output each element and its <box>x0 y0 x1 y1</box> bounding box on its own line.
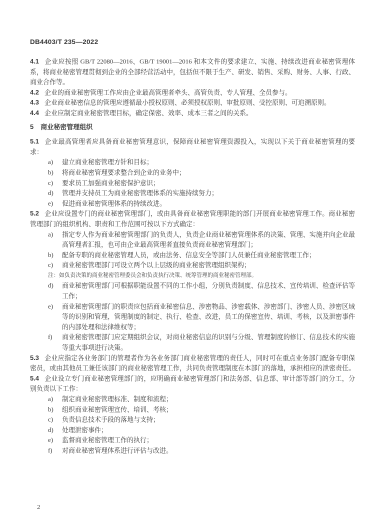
list-item-text: 建立商业秘密管理方针和目标； <box>62 157 355 167</box>
list-item-text: 对商业秘密管理体系进行评估与改进。 <box>62 445 355 455</box>
list-item-b: b)组织商业秘密管理宣传、培训、考核； <box>48 404 355 414</box>
clause-number: 5.4 <box>30 374 39 382</box>
clause-number: 5.3 <box>30 354 39 362</box>
clause-4-1: 4.1企业应按照 GB/T 22080—2016、GB/T 19001—2016… <box>30 57 355 88</box>
list-item-d: d)处理泄密事件； <box>48 425 355 435</box>
clause-4-4: 4.4企业应制定商业秘密管理目标，确定保密、效率、成本三者之间的关系。 <box>30 108 355 118</box>
list-item-a: a)制定商业秘密管理标准、制度和流程； <box>48 394 355 404</box>
list-item-label: d) <box>48 188 62 198</box>
list-item-e: e)商业秘密管理部门的职责应包括商业秘密信息、涉密物品、涉密载体、涉密部门、涉密… <box>48 301 355 332</box>
list-item-e: e)监督商业秘密管理工作的执行； <box>48 435 355 445</box>
clause-number: 5.1 <box>30 138 39 146</box>
list-item-label: a) <box>48 157 62 167</box>
page-number: 2 <box>37 503 40 511</box>
list-item-e: e)促进商业秘密管理体系的持续改进。 <box>48 198 355 208</box>
clause-number: 5.2 <box>30 210 39 218</box>
list-item-label: f) <box>48 332 62 353</box>
list-item-text: 商业秘密管理部门的职责应包括商业秘密信息、涉密物品、涉密载体、涉密部门、涉密人员… <box>62 301 355 332</box>
list-item-b: b)将商业秘密管理要求整合到企业的业务中； <box>48 167 355 177</box>
list-item-label: b) <box>48 250 62 260</box>
list-item-d: d)商业秘密管理部门可根据职能设置不同的工作小组，分别负责制度、信息技术、宣传培… <box>48 281 355 302</box>
clause-5-2: 5.2企业应设置专门的商业秘密管理部门，或由具备商业秘密管理职能的部门开展商业秘… <box>30 209 355 230</box>
list-item-a: a)建立商业秘密管理方针和目标； <box>48 157 355 167</box>
clause-text: 企业商业秘密信息的管理应遵循最小授权原则、必须授权原则、审批原则、受控原则、可追… <box>45 99 331 107</box>
list-item-label: b) <box>48 404 62 414</box>
list-item-c: c)负责信息技术手段的落地与支持； <box>48 415 355 425</box>
clause-number: 4.3 <box>30 99 39 107</box>
list-item-label: e) <box>48 435 62 445</box>
section-5-heading: 5商业秘密管理组织 <box>30 122 355 132</box>
list-item-label: c) <box>48 178 62 188</box>
clause-number: 4.4 <box>30 109 39 117</box>
list-item-f: f)对商业秘密管理体系进行评估与改进。 <box>48 445 355 455</box>
list-item-label: a) <box>48 394 62 404</box>
list-item-text: 商业秘密管理部门可设立两个以上层级的商业秘密管理组织架构； <box>62 260 355 270</box>
list-item-text: 制定商业秘密管理标准、制度和流程； <box>62 394 355 404</box>
list-item-b: b)配备专职的商业秘密管理人员，或由法务、信息安全等部门人员兼任商业秘密管理工作… <box>48 250 355 260</box>
list-item-c: c)要求员工加强商业秘密保护意识； <box>48 178 355 188</box>
clause-text: 企业最高管理者应具备商业秘密管理意识，保障商业秘密管理资源投入，实现以下关于商业… <box>30 138 355 156</box>
list-item-text: 配备专职的商业秘密管理人员，或由法务、信息安全等部门人员兼任商业秘密管理工作； <box>62 250 355 260</box>
page-content: 4.1企业应按照 GB/T 22080—2016、GB/T 19001—2016… <box>30 57 355 456</box>
list-item-f: f)商业秘密管理部门应定期组织会议，对商业秘密信息的识别与分级、管理制度的修订、… <box>48 332 355 353</box>
clause-number: 4.1 <box>30 58 39 66</box>
clause-5-4-list: a)制定商业秘密管理标准、制度和流程； b)组织商业秘密管理宣传、培训、考核； … <box>30 394 355 456</box>
note: 注：如负责决策的商业秘密管理委员会和负责执行决策、统筹管理的商业秘密管理部。 <box>30 270 355 280</box>
clause-text: 企业应制定商业秘密管理目标，确定保密、效率、成本三者之间的关系。 <box>45 109 253 117</box>
list-item-text: 促进商业秘密管理体系的持续改进。 <box>62 198 355 208</box>
list-item-text: 商业秘密管理部门可根据职能设置不同的工作小组，分别负责制度、信息技术、宣传培训、… <box>62 281 355 302</box>
clause-text: 企业应按照 GB/T 22080—2016、GB/T 19001—2016 和本… <box>30 58 355 86</box>
section-number: 5 <box>30 123 34 131</box>
list-item-text: 管理并支持员工为商业秘密管理体系的实施持续努力； <box>62 188 355 198</box>
list-item-text: 处理泄密事件； <box>62 425 355 435</box>
list-item-label: f) <box>48 445 62 455</box>
clause-4-2: 4.2企业的商业秘密管理工作应由企业最高管理者牵头、高管负责、专人管理、全员参与… <box>30 87 355 97</box>
clause-text: 企业应设置专门的商业秘密管理部门，或由具备商业秘密管理职能的部门开展商业秘密管理… <box>30 210 355 228</box>
list-item-text: 要求员工加强商业秘密保护意识； <box>62 178 355 188</box>
clause-text: 企业应指定各业务部门的管理者作为各业务部门商业秘密管理的责任人，同时可在重点业务… <box>30 354 355 372</box>
list-item-label: d) <box>48 425 62 435</box>
note-text: 如负责决策的商业秘密管理委员会和负责执行决策、统筹管理的商业秘密管理部。 <box>59 272 257 278</box>
list-item-text: 监督商业秘密管理工作的执行； <box>62 435 355 445</box>
list-item-label: c) <box>48 260 62 270</box>
document-page: DB4403/T 235—2022 4.1企业应按照 GB/T 22080—20… <box>0 0 383 532</box>
clause-5-1: 5.1企业最高管理者应具备商业秘密管理意识，保障商业秘密管理资源投入，实现以下关… <box>30 137 355 158</box>
clause-text: 企业的商业秘密管理工作应由企业最高管理者牵头、高管负责、专人管理、全员参与。 <box>45 88 292 96</box>
list-item-c: c)商业秘密管理部门可设立两个以上层级的商业秘密管理组织架构； <box>48 260 355 270</box>
list-item-text: 组织商业秘密管理宣传、培训、考核； <box>62 404 355 414</box>
clause-text: 企业设立专门商业秘密管理部门的，应明确商业秘密管理部门和法务部、信息部、审计部等… <box>30 374 355 392</box>
clause-5-1-list: a)建立商业秘密管理方针和目标； b)将商业秘密管理要求整合到企业的业务中； c… <box>30 157 355 208</box>
list-item-text: 负责信息技术手段的落地与支持； <box>62 415 355 425</box>
list-item-label: e) <box>48 301 62 332</box>
doc-number-header: DB4403/T 235—2022 <box>30 38 98 46</box>
section-title: 商业秘密管理组织 <box>41 123 93 131</box>
clause-5-4: 5.4企业设立专门商业秘密管理部门的，应明确商业秘密管理部门和法务部、信息部、审… <box>30 373 355 394</box>
list-item-label: e) <box>48 198 62 208</box>
list-item-text: 将商业秘密管理要求整合到企业的业务中； <box>62 167 355 177</box>
clause-5-2-list: a)指定专人作为商业秘密管理部门的负责人，负责企业商业秘密管理体系的决策、管理、… <box>30 229 355 270</box>
list-item-d: d)管理并支持员工为商业秘密管理体系的实施持续努力； <box>48 188 355 198</box>
list-item-text: 商业秘密管理部门应定期组织会议，对商业秘密信息的识别与分级、管理制度的修订、信息… <box>62 332 355 353</box>
list-item-label: a) <box>48 229 62 250</box>
list-item-label: c) <box>48 415 62 425</box>
list-item-a: a)指定专人作为商业秘密管理部门的负责人，负责企业商业秘密管理体系的决策、管理、… <box>48 229 355 250</box>
note-label: 注： <box>48 272 59 278</box>
list-item-text: 指定专人作为商业秘密管理部门的负责人，负责企业商业秘密管理体系的决策、管理、实施… <box>62 229 355 250</box>
clause-5-2-list-continued: d)商业秘密管理部门可根据职能设置不同的工作小组，分别负责制度、信息技术、宣传培… <box>30 281 355 353</box>
clause-5-3: 5.3企业应指定各业务部门的管理者作为各业务部门商业秘密管理的责任人，同时可在重… <box>30 353 355 374</box>
clause-4-3: 4.3企业商业秘密信息的管理应遵循最小授权原则、必须授权原则、审批原则、受控原则… <box>30 98 355 108</box>
clause-number: 4.2 <box>30 88 39 96</box>
list-item-label: b) <box>48 167 62 177</box>
list-item-label: d) <box>48 281 62 302</box>
